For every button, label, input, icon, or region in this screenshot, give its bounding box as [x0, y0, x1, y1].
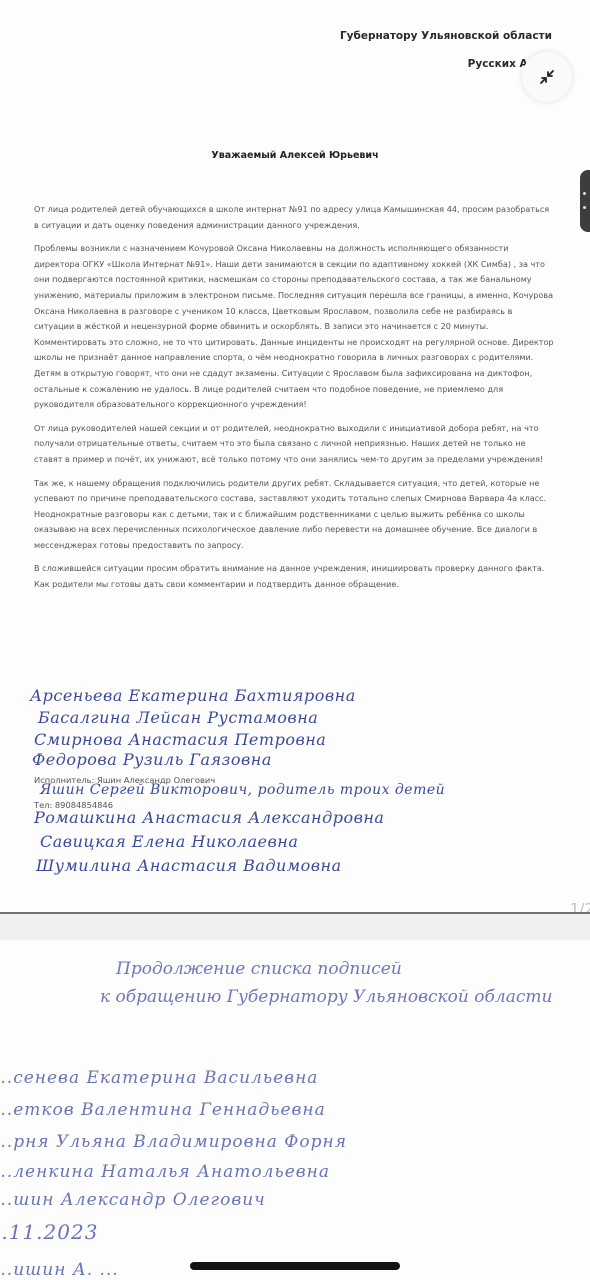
addressee-name: Русских А.Ю. [340, 50, 548, 78]
handwritten-signature: Ромашкина Анастасия Александровна [34, 808, 384, 827]
handwritten-signature: Савицкая Елена Николаевна [40, 832, 298, 851]
document-page-1: Губернатору Ульяновской области Русских … [0, 0, 590, 912]
handwritten-signature: ...шин Александр Олегович [0, 1190, 266, 1210]
paragraph: Проблемы возникли с назначением Кочурово… [34, 241, 554, 413]
executor-label: Исполнитель: Яшин Александр Олегович [34, 775, 215, 785]
side-panel-handle[interactable] [580, 170, 590, 232]
letter-body: От лица родителей детей обучающихся в шк… [34, 202, 554, 601]
handwritten-signature: Смирнова Анастасия Петровна [34, 730, 326, 749]
collapse-button[interactable] [522, 52, 572, 102]
collapse-arrows-icon [537, 67, 557, 87]
handwritten-signature: ...рня Ульяна Владимировна Форня [0, 1132, 347, 1152]
phone-label: Тел: 89084854846 [34, 800, 113, 810]
home-indicator[interactable] [190, 1262, 400, 1270]
page2-heading-line1: Продолжение списка подписей [116, 955, 552, 983]
handwritten-signature: ...ленкина Наталья Анатольевна [0, 1162, 330, 1182]
handle-dot [583, 192, 586, 195]
paragraph: От лица родителей детей обучающихся в шк… [34, 202, 554, 233]
handwritten-signature: ...ишин А. ... [0, 1260, 119, 1280]
handwritten-signature: Шумилина Анастасия Вадимовна [36, 856, 342, 875]
handwritten-date: ..11.2023 [0, 1220, 98, 1244]
handwritten-signature: Арсеньева Екатерина Бахтияровна [30, 686, 356, 705]
paragraph: В сложившейся ситуации просим обратить в… [34, 561, 554, 592]
addressee-block: Губернатору Ульяновской области Русских … [340, 22, 552, 78]
paragraph: Так же, к нашему обращения подключились … [34, 476, 554, 554]
page2-heading-line2: к обращению Губернатору Ульяновской обла… [100, 983, 552, 1011]
handle-dot [583, 206, 586, 209]
handwritten-signature: Федорова Рузиль Гаязовна [32, 750, 272, 769]
page-separator [0, 912, 590, 940]
addressee-title: Губернатору Ульяновской области [340, 22, 552, 50]
handwritten-signature: Басалгина Лейсан Рустамовна [38, 708, 318, 727]
handwritten-signature: ...етков Валентина Геннадьевна [0, 1100, 326, 1120]
handwritten-signature: ...сенева Екатерина Васильевна [0, 1068, 318, 1088]
paragraph: От лица руководителей нашей секции и от … [34, 421, 554, 468]
salutation: Уважаемый Алексей Юрьевич [0, 150, 590, 161]
page2-heading: Продолжение списка подписей к обращению … [100, 955, 552, 1011]
